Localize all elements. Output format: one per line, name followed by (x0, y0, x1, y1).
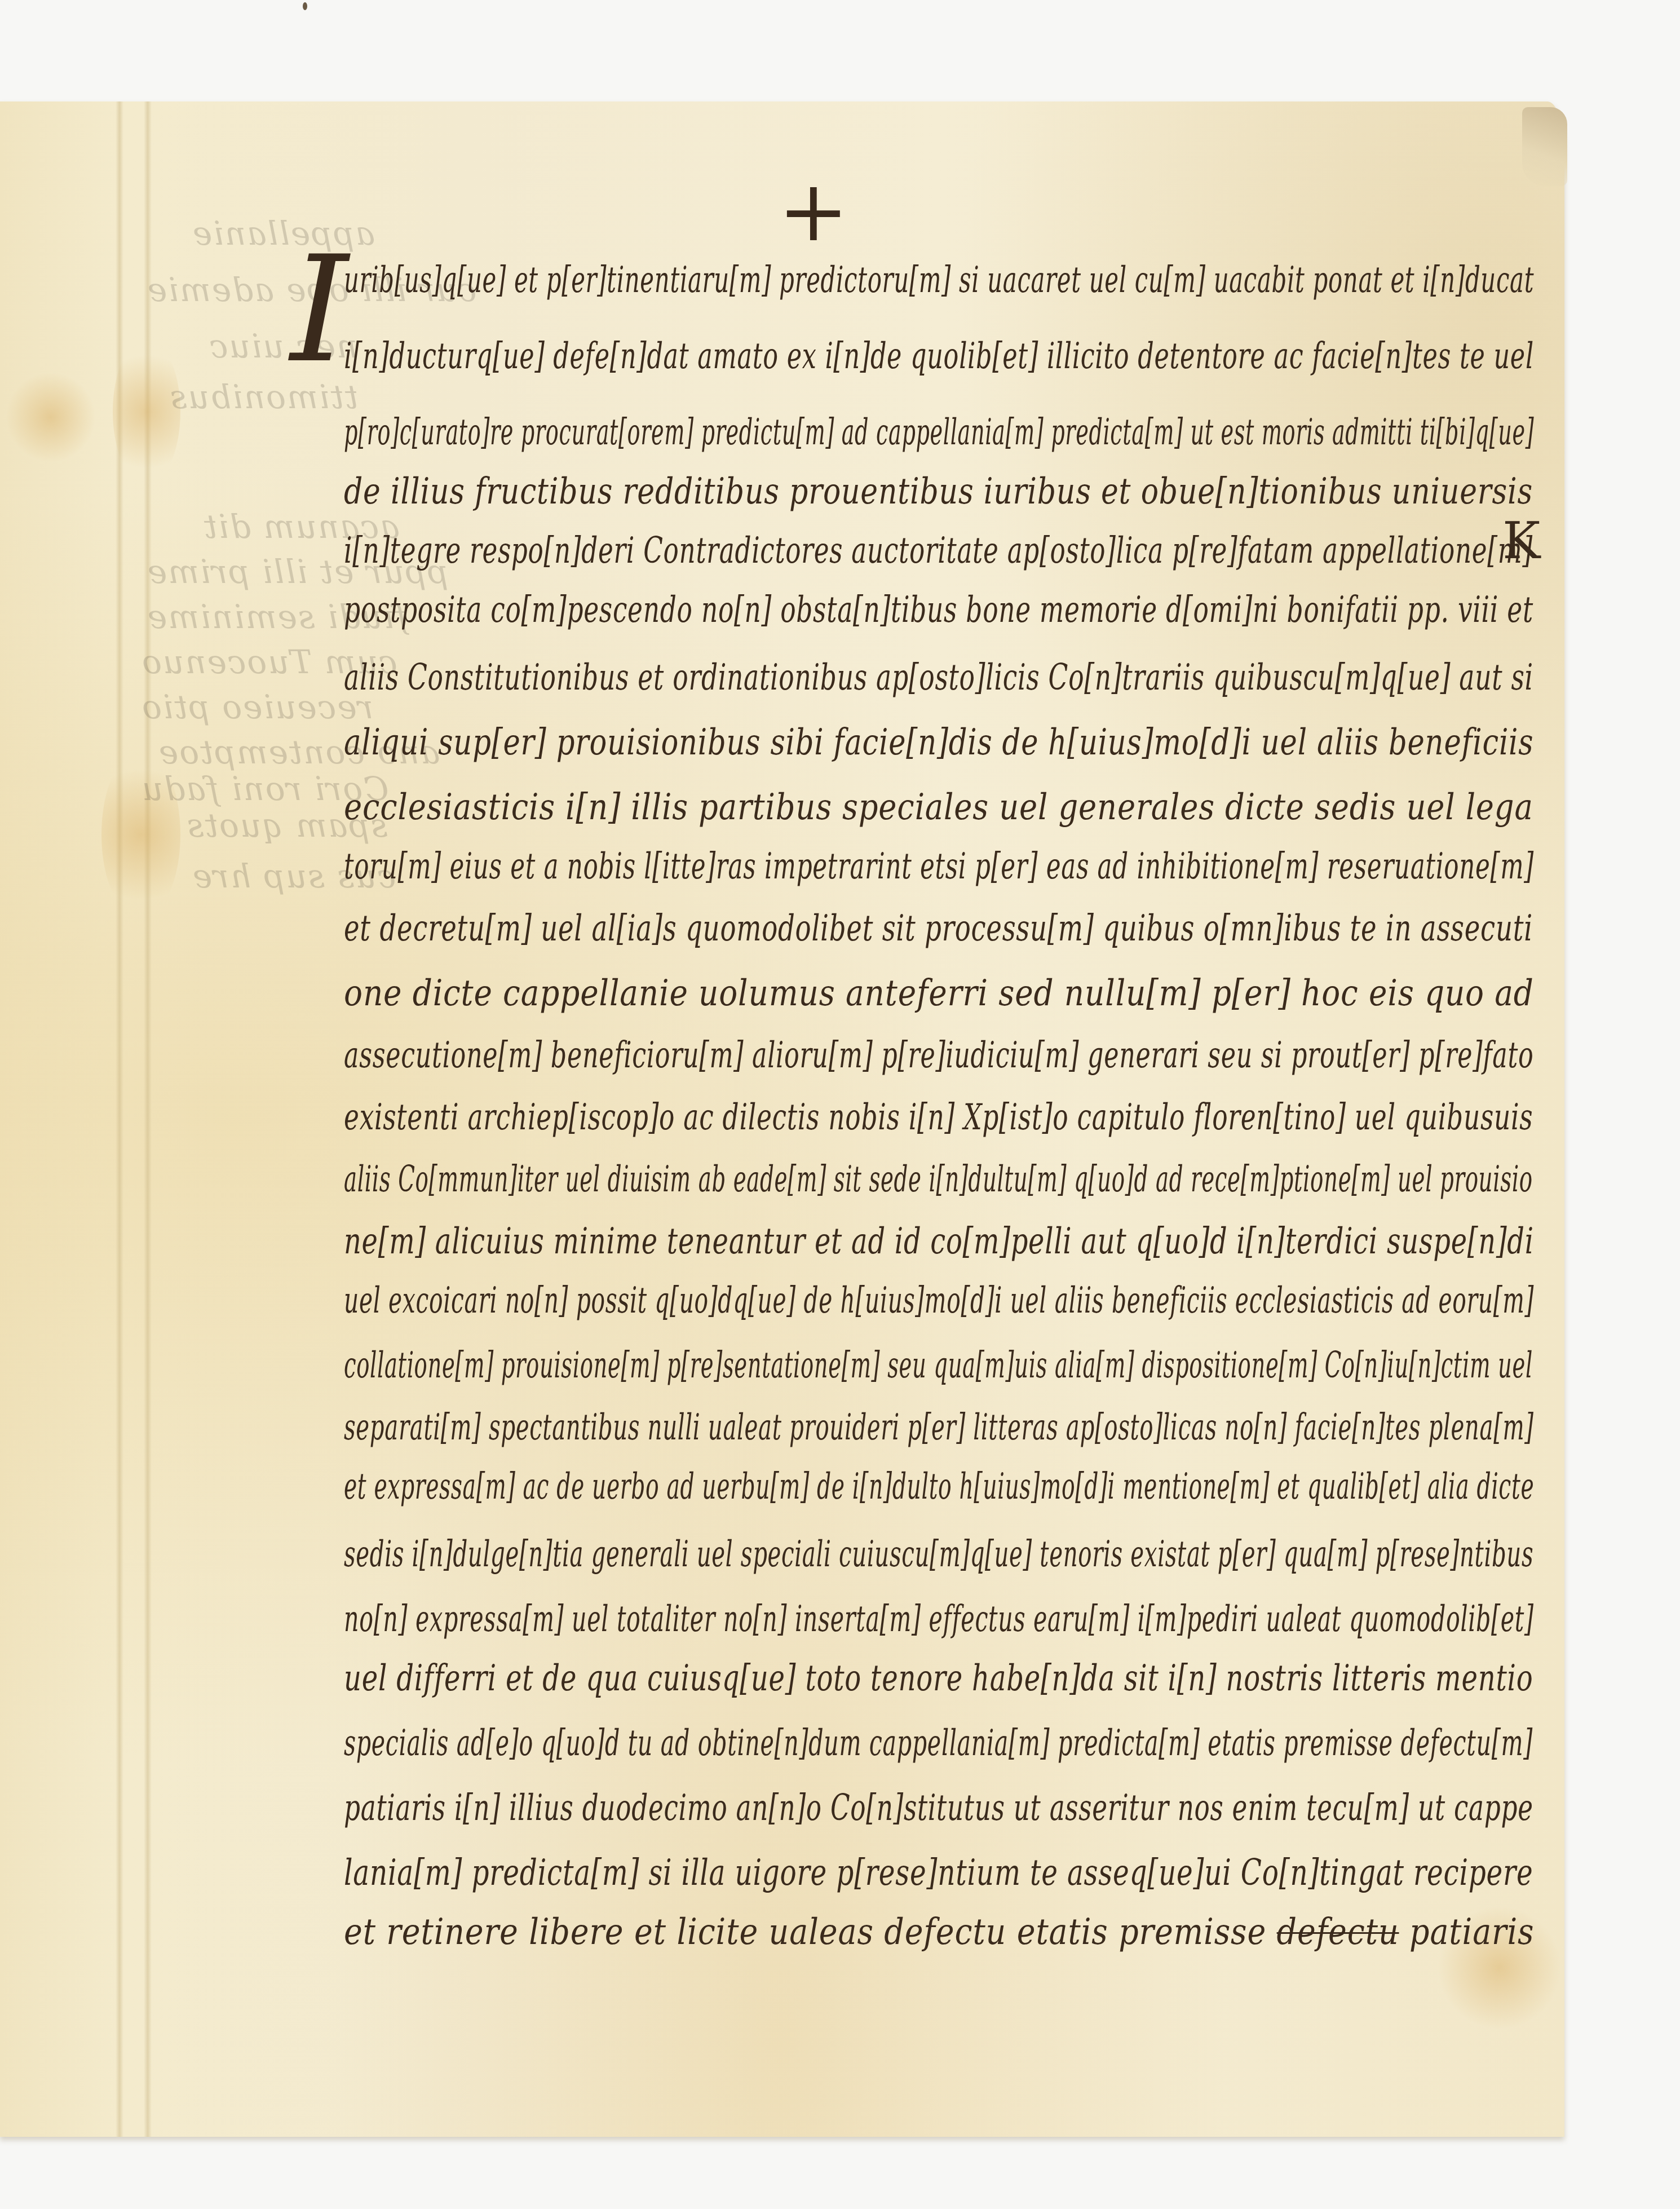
text-line: sedis i[n]dulge[n]tia generali uel speci… (344, 1534, 1533, 1575)
dust-speck (303, 2, 307, 10)
text-line: assecutione[m] beneficioru[m] alioru[m] … (344, 1035, 1533, 1076)
text-line: separati[m] spectantibus nulli ualeat pr… (344, 1407, 1534, 1448)
text-line: ecclesiasticis i[n] illis partibus speci… (344, 787, 1533, 828)
text-line: aliis Co[mmun]iter uel diuisim ab eade[m… (344, 1159, 1533, 1200)
foxing-stain (6, 372, 96, 462)
cross-mark: + (778, 169, 849, 254)
text-line: collatione[m] prouisione[m] p[re]sentati… (344, 1345, 1533, 1386)
text-line-last: et retinere libere et licite ualeas defe… (344, 1911, 1534, 1953)
show-through-text: receuieo ptio (141, 688, 373, 726)
text-line: urib[us]q[ue] et p[er]tinentiaru[m] pred… (344, 259, 1534, 301)
text-line: aliis Constitutionibus et ordinationibus… (344, 657, 1533, 699)
text-line: i[n]ducturq[ue] defe[n]dat amato ex i[n]… (344, 335, 1534, 377)
text-line: postposita co[m]pescendo no[n] obsta[n]t… (344, 589, 1533, 631)
text-line: existenti archiep[iscop]o ac dilectis no… (344, 1097, 1533, 1138)
text-line: et expressa[m] ac de uerbo ad uerbu[m] d… (344, 1466, 1534, 1508)
text-line: uel excoicari no[n] possit q[uo]dq[ue] d… (344, 1280, 1534, 1322)
text-line: specialis ad[e]o q[uo]d tu ad obtine[n]d… (344, 1722, 1533, 1764)
initial-letter: I (290, 237, 348, 383)
text-line: toru[m] eius et a nobis l[itte]ras impet… (344, 846, 1534, 887)
text-line: de illius fructibus redditibus prouentib… (344, 471, 1533, 513)
text-line: one dicte cappellanie uolumus anteferri … (344, 973, 1534, 1014)
text-line: no[n] expressa[m] uel totaliter no[n] in… (344, 1598, 1534, 1640)
text-line: uel differri et de qua cuiusq[ue] toto t… (344, 1658, 1533, 1699)
text-line: p[ro]c[urato]re procurat[orem] predictu[… (344, 412, 1534, 453)
struck-text: defectu (1277, 1911, 1399, 1953)
text-line: i[n]tegre respo[n]deri Contradictores au… (344, 530, 1533, 572)
text-line: lania[m] predicta[m] si illa uigore p[re… (344, 1852, 1533, 1894)
torn-corner (1522, 107, 1567, 186)
text-line-tail: patiaris (1409, 1911, 1534, 1953)
text-line: ne[m] alicuius minime teneantur et ad id… (344, 1221, 1534, 1262)
text-line: aliqui sup[er] prouisionibus sibi facie[… (344, 722, 1533, 763)
text-line: patiaris i[n] illius duodecimo an[n]o Co… (344, 1787, 1533, 1829)
text-line: et decretu[m] uel al[ia]s quomodolibet s… (344, 908, 1533, 949)
text-line-body: et retinere libere et licite ualeas defe… (344, 1911, 1266, 1953)
